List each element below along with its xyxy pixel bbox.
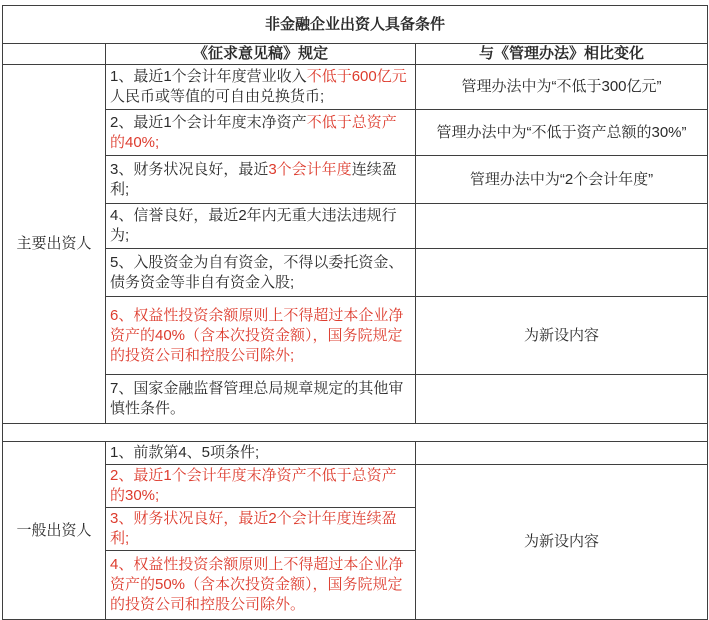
change-cell [416,442,708,465]
regulation-cell: 6、权益性投资余额原则上不得超过本企业净资产的40%（含本次投资金额），国务院规… [106,297,416,375]
regulation-cell: 5、入股资金为自有资金，不得以委托资金、债务资金等非自有资金入股; [106,249,416,297]
regulation-cell: 2、最近1个会计年度末净资产不低于总资产的40%; [106,110,416,156]
header-corner-cell [3,44,106,65]
header-regulation-column: 《征求意见稿》规定 [106,44,416,65]
regulation-cell: 3、财务状况良好，最近2个会计年度连续盈利; [106,508,416,551]
regulation-cell: 1、最近1个会计年度营业收入不低于600亿元人民币或等值的可自由兑换货币; [106,65,416,110]
change-cell-merged: 为新设内容 [416,465,708,620]
regulation-cell: 4、信誉良好，最近2年内无重大违法违规行为; [106,204,416,249]
header-change-column: 与《管理办法》相比变化 [416,44,708,65]
regulation-cell: 7、国家金融监督管理总局规章规定的其他审慎性条件。 [106,375,416,424]
change-cell: 管理办法中为“2个会计年度” [416,156,708,204]
change-cell [416,375,708,424]
regulation-cell: 2、最近1个会计年度末净资产不低于总资产的30%; [106,465,416,508]
change-cell [416,204,708,249]
investor-conditions-table: 非金融企业出资人具备条件 《征求意见稿》规定 与《管理办法》相比变化 主要出资人… [2,5,708,620]
change-cell: 为新设内容 [416,297,708,375]
change-cell: 管理办法中为“不低于300亿元” [416,65,708,110]
regulation-cell: 3、财务状况良好，最近3个会计年度连续盈利; [106,156,416,204]
regulation-cell: 4、权益性投资余额原则上不得超过本企业净资产的50%（含本次投资金额），国务院规… [106,551,416,620]
section-divider-row [3,424,708,442]
section-label-general-investor: 一般出资人 [3,442,106,620]
change-cell [416,249,708,297]
change-cell: 管理办法中为“不低于资产总额的30%” [416,110,708,156]
regulation-cell: 1、前款第4、5项条件; [106,442,416,465]
section-label-main-investor: 主要出资人 [3,65,106,424]
table-title: 非金融企业出资人具备条件 [3,6,708,44]
